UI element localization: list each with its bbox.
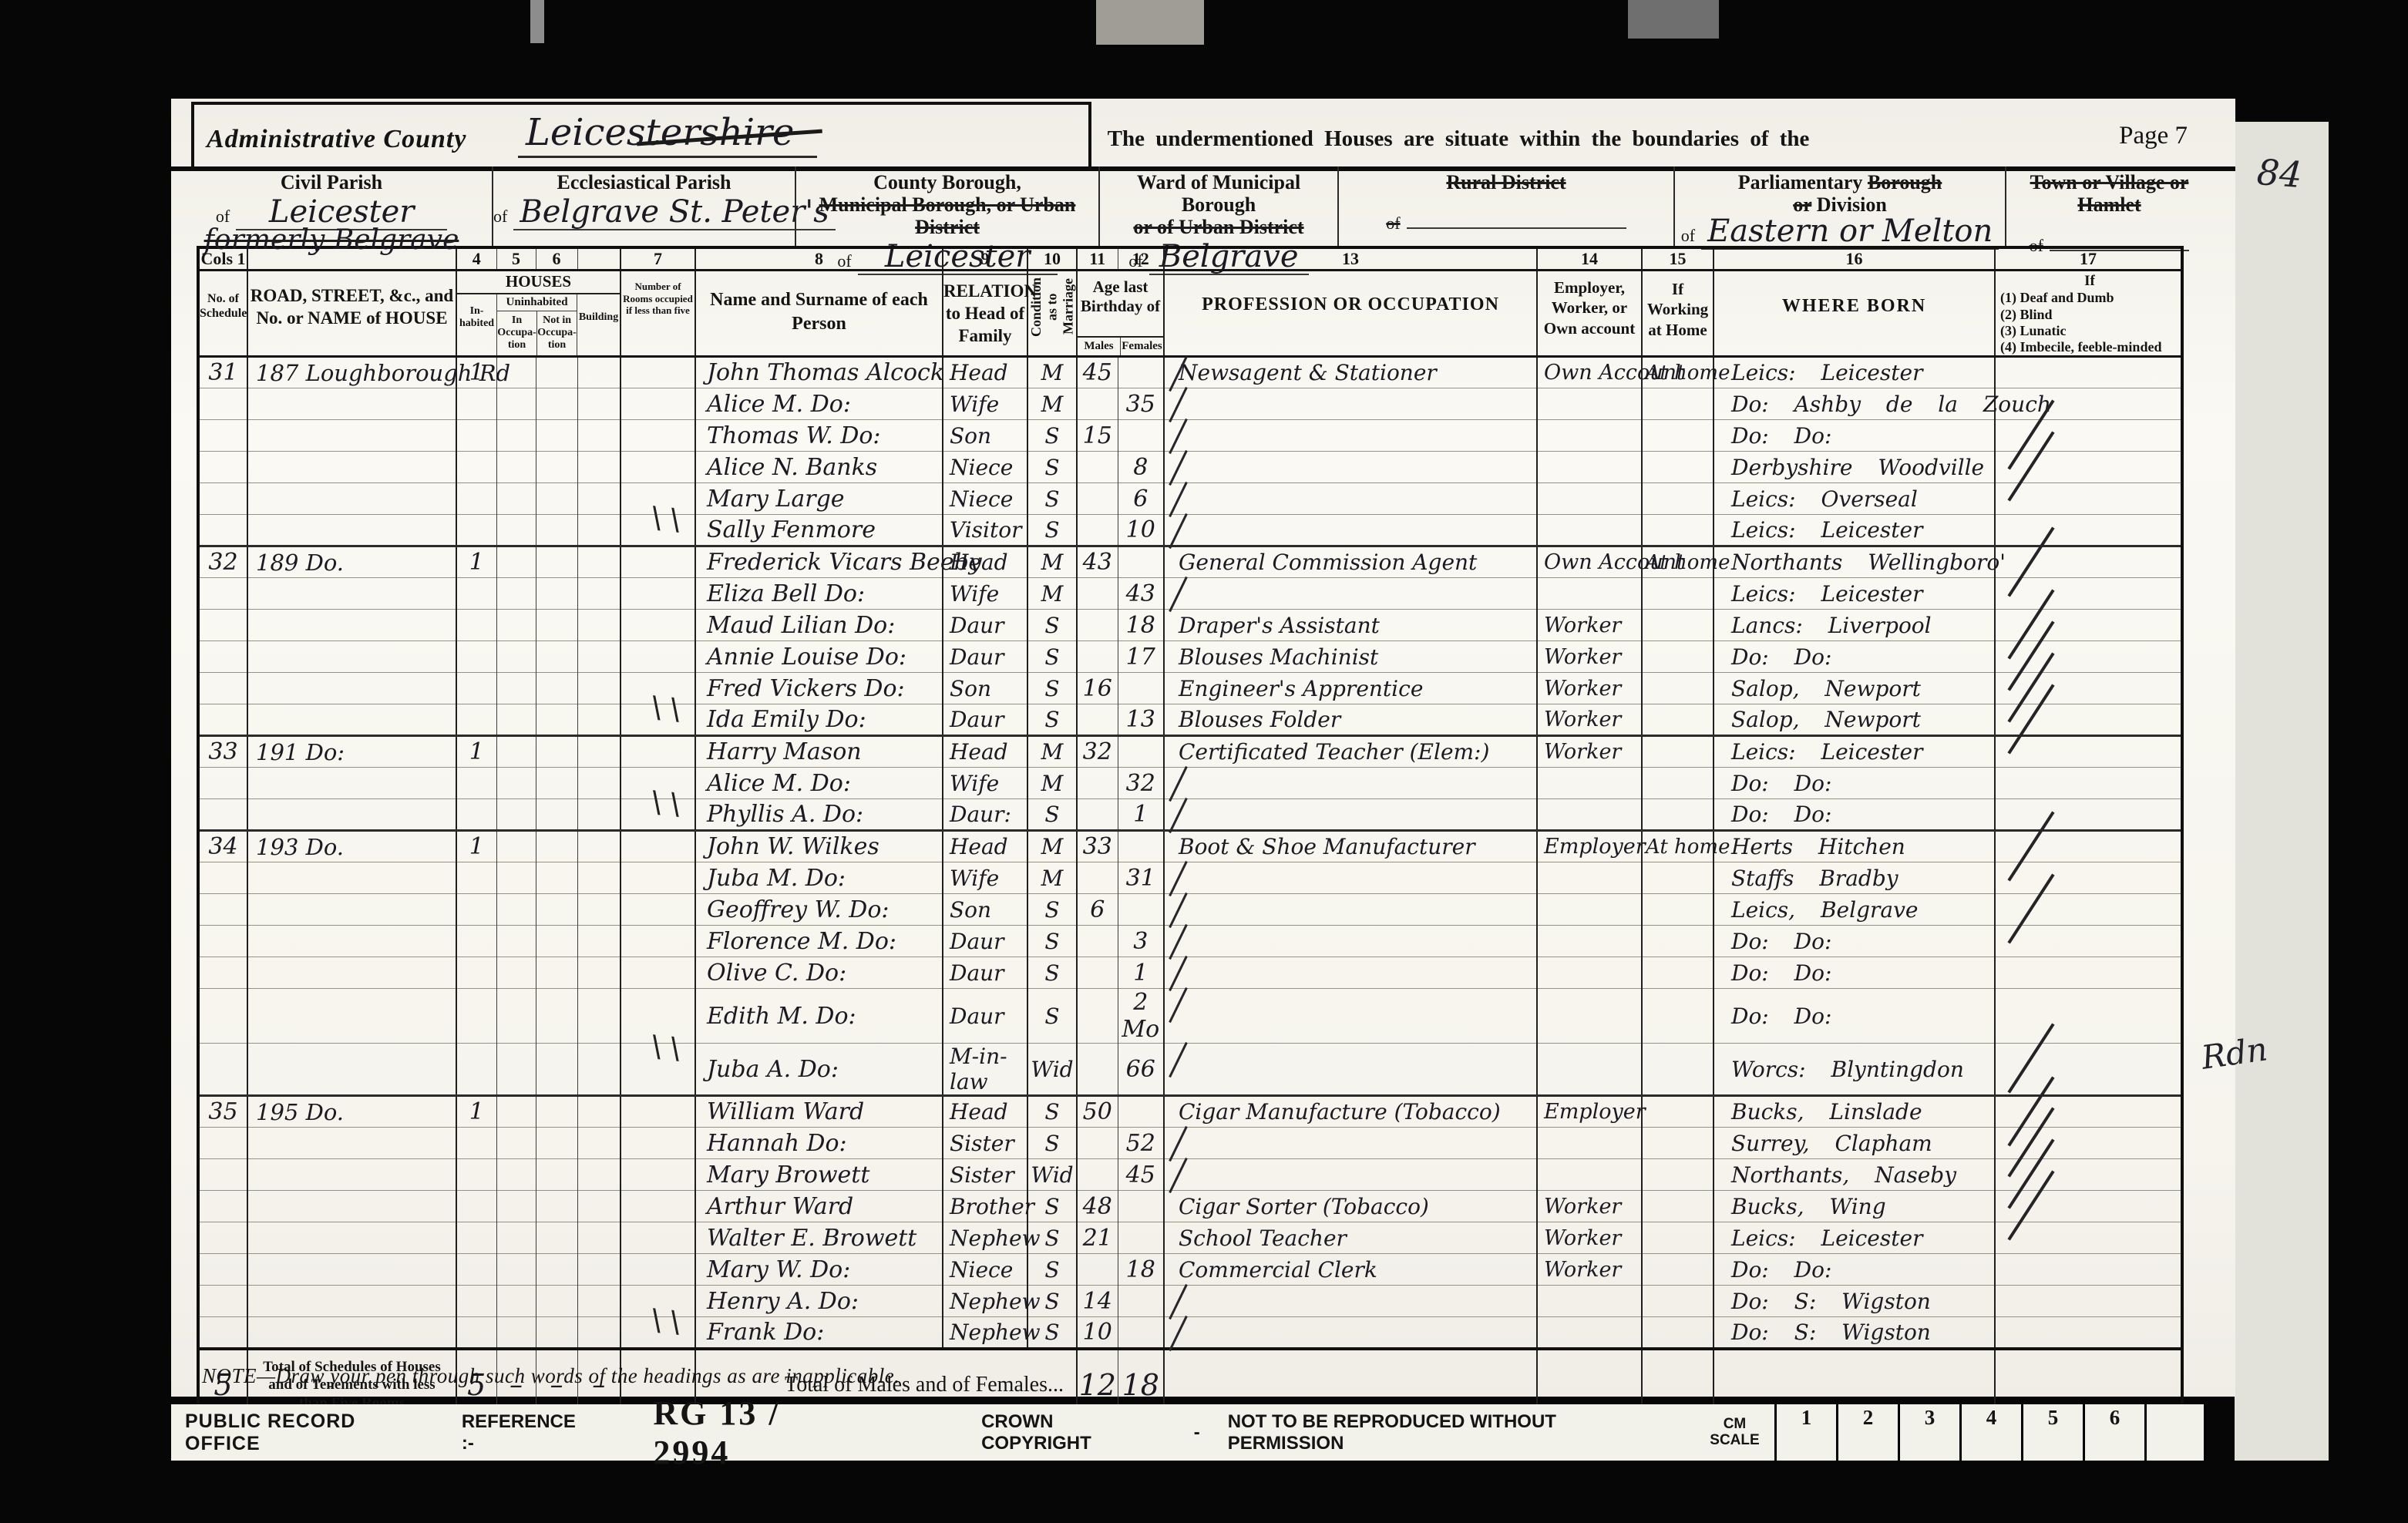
cell-where-born: Do: S: Wigston: [1714, 1317, 1995, 1349]
cell-inhabited: [456, 610, 496, 641]
infirmity-item: (1) Deaf and Dumb: [2000, 290, 2179, 306]
cell-age-female: 45: [1118, 1159, 1164, 1191]
cell-infirmity: [1995, 515, 2182, 546]
ruler-cell: 2: [1836, 1404, 1898, 1461]
cell-name: Fred Vickers Do:: [695, 673, 943, 704]
cell-relation: Wife: [943, 862, 1027, 894]
cell-uninhabited-in-occupation: [496, 1044, 536, 1096]
cell-where-born: Do: Do:: [1714, 926, 1995, 957]
cell-age-male: [1077, 483, 1118, 515]
cell-address: 195 Do.: [247, 1096, 456, 1128]
cell-employer: Own Account: [1537, 546, 1642, 578]
cell-working-at-home: [1642, 1159, 1714, 1191]
cell-uninhabited-in-occupation: [496, 1222, 536, 1254]
cell-age-female: 18: [1118, 610, 1164, 641]
cell-profession: Cigar Manufacture (Tobacco): [1164, 1096, 1537, 1128]
cell-where-born: Do: S: Wigston: [1714, 1286, 1995, 1317]
cell-inhabited: [456, 673, 496, 704]
cell-name: Mary Browett: [695, 1159, 943, 1191]
cell-building: [577, 641, 620, 673]
cell-condition: S: [1027, 704, 1077, 736]
cell-building: [577, 989, 620, 1044]
admin-county-label: Administrative County: [207, 125, 466, 154]
handwritten-page-annotation: 84: [2255, 151, 2303, 196]
cell-name: Frederick Vicars Beeby: [695, 546, 943, 578]
cell-name: Edith M. Do:: [695, 989, 943, 1044]
cell-name: Arthur Ward: [695, 1191, 943, 1222]
cell-age-male: [1077, 957, 1118, 989]
cell-working-at-home: [1642, 894, 1714, 926]
cell-schedule-no: [198, 578, 247, 610]
cell-name: Florence M. Do:: [695, 926, 943, 957]
cell-uninhabited-not-occupation: [536, 1191, 577, 1222]
cell-uninhabited-in-occupation: [496, 768, 536, 799]
cell-condition: S: [1027, 894, 1077, 926]
cell-inhabited: 1: [456, 831, 496, 862]
footer-notice: NOT TO BE REPRODUCED WITHOUT PERMISSION: [1228, 1411, 1672, 1454]
cell-where-born: Leics, Belgrave: [1714, 894, 1995, 926]
cell-age-male: [1077, 1254, 1118, 1286]
cell-address: [247, 1286, 456, 1317]
cell-where-born: Leics: Overseal: [1714, 483, 1995, 515]
district-label: Parliamentary: [1738, 171, 1863, 193]
census-rows: 31 187 Loughborough Rd 1 John Thomas Alc…: [198, 357, 2182, 1349]
cell-schedule-no: 35: [198, 1096, 247, 1128]
cell-rooms: [620, 736, 695, 768]
colnum-17: 17: [1995, 247, 2182, 271]
cell-building: [577, 1191, 620, 1222]
cell-infirmity: [1995, 1222, 2182, 1254]
cell-inhabited: [456, 388, 496, 420]
cell-condition: S: [1027, 989, 1077, 1044]
cell-uninhabited-not-occupation: [536, 483, 577, 515]
cell-uninhabited-not-occupation: [536, 388, 577, 420]
cell-where-born: Do: Do:: [1714, 768, 1995, 799]
cell-condition: S: [1027, 1096, 1077, 1128]
cell-building: [577, 926, 620, 957]
cell-uninhabited-in-occupation: [496, 388, 536, 420]
cell-condition: S: [1027, 610, 1077, 641]
cell-profession: Newsagent & Stationer: [1164, 357, 1537, 388]
district-label-struck: Borough: [1868, 171, 1942, 193]
district-value: [1407, 226, 1626, 229]
cell-uninhabited-in-occupation: [496, 641, 536, 673]
cell-uninhabited-not-occupation: [536, 1286, 577, 1317]
cell-rooms: [620, 578, 695, 610]
header-profession: PROFESSION OR OCCUPATION: [1165, 271, 1536, 315]
cell-employer: Own Account: [1537, 357, 1642, 388]
cell-working-at-home: [1642, 1191, 1714, 1222]
cell-profession: Draper's Assistant: [1164, 610, 1537, 641]
cell-uninhabited-in-occupation: [496, 1254, 536, 1286]
colnum-building: [577, 247, 620, 271]
cell-age-male: [1077, 926, 1118, 957]
cell-working-at-home: [1642, 862, 1714, 894]
cell-infirmity: [1995, 673, 2182, 704]
cell-where-born: Do: Ashby de la Zouch: [1714, 388, 1995, 420]
cell-schedule-no: [198, 1159, 247, 1191]
cell-schedule-no: [198, 799, 247, 831]
cell-employer: [1537, 515, 1642, 546]
cell-where-born: Do: Do:: [1714, 1254, 1995, 1286]
header-females: Females: [1120, 338, 1163, 355]
cell-relation: Wife: [943, 768, 1027, 799]
cell-relation: Son: [943, 673, 1027, 704]
cell-building: [577, 610, 620, 641]
district-value: Eastern or Melton: [1701, 216, 1999, 250]
cell-working-at-home: [1642, 799, 1714, 831]
cell-condition: Wid: [1027, 1159, 1077, 1191]
admin-header-row: Administrative County Leicestershire The…: [171, 99, 2235, 171]
cell-name: Eliza Bell Do:: [695, 578, 943, 610]
cell-age-male: 50: [1077, 1096, 1118, 1128]
cell-condition: M: [1027, 768, 1077, 799]
header-males: Males: [1078, 338, 1120, 355]
cell-uninhabited-in-occupation: [496, 831, 536, 862]
cell-name: John W. Wilkes: [695, 831, 943, 862]
cell-rooms: [620, 1222, 695, 1254]
cell-age-female: [1118, 420, 1164, 452]
cell-profession: [1164, 768, 1537, 799]
cell-rooms: [620, 704, 695, 736]
cell-age-female: 43: [1118, 578, 1164, 610]
cell-address: 191 Do:: [247, 736, 456, 768]
cell-age-female: [1118, 357, 1164, 388]
cell-profession: School Teacher: [1164, 1222, 1537, 1254]
cell-name: John Thomas Alcock: [695, 357, 943, 388]
cell-employer: [1537, 799, 1642, 831]
cell-rooms: [620, 452, 695, 483]
cell-where-born: Do: Do:: [1714, 420, 1995, 452]
header-where-born: WHERE BORN: [1714, 271, 1994, 317]
cell-address: [247, 957, 456, 989]
cell-rooms: [620, 831, 695, 862]
cell-working-at-home: [1642, 1317, 1714, 1349]
cell-infirmity: [1995, 420, 2182, 452]
cell-working-at-home: [1642, 736, 1714, 768]
cell-rooms: [620, 641, 695, 673]
cell-rooms: [620, 610, 695, 641]
cell-building: [577, 546, 620, 578]
cell-age-male: 33: [1077, 831, 1118, 862]
cell-condition: S: [1027, 641, 1077, 673]
cell-name: Mary Large: [695, 483, 943, 515]
cell-uninhabited-not-occupation: [536, 957, 577, 989]
cell-employer: [1537, 483, 1642, 515]
cell-schedule-no: [198, 1286, 247, 1317]
cell-uninhabited-not-occupation: [536, 546, 577, 578]
cell-building: [577, 515, 620, 546]
cell-working-at-home: [1642, 1044, 1714, 1096]
cell-relation: Son: [943, 894, 1027, 926]
cell-where-born: Worcs: Blyntingdon: [1714, 1044, 1995, 1096]
table-row: Juba M. Do: Wife M 31 Staffs Bradby: [198, 862, 2182, 894]
cell-condition: S: [1027, 1128, 1077, 1159]
cell-age-male: 32: [1077, 736, 1118, 768]
cell-employer: [1537, 1128, 1642, 1159]
cell-schedule-no: [198, 926, 247, 957]
cell-employer: Employer: [1537, 1096, 1642, 1128]
cell-age-male: 15: [1077, 420, 1118, 452]
district-box-county-borough: County Borough, Municipal Borough, or Ur…: [795, 166, 1098, 246]
cell-uninhabited-in-occupation: [496, 1191, 536, 1222]
cell-inhabited: [456, 483, 496, 515]
cell-working-at-home: [1642, 926, 1714, 957]
infirmity-item: (4) Imbecile, feeble-minded: [2000, 339, 2179, 355]
cell-uninhabited-not-occupation: [536, 515, 577, 546]
district-value-struck: formerly Belgrave: [171, 224, 492, 256]
ruler-cell: 3: [1898, 1404, 1959, 1461]
cell-uninhabited-in-occupation: [496, 862, 536, 894]
cell-age-male: 43: [1077, 546, 1118, 578]
cell-working-at-home: [1642, 483, 1714, 515]
cell-uninhabited-in-occupation: [496, 515, 536, 546]
cell-uninhabited-in-occupation: [496, 578, 536, 610]
cell-where-born: Derbyshire Woodville: [1714, 452, 1995, 483]
cell-schedule-no: [198, 704, 247, 736]
cell-uninhabited-not-occupation: [536, 1096, 577, 1128]
cell-uninhabited-not-occupation: [536, 1128, 577, 1159]
table-row: 33 191 Do: 1 Harry Mason Head M 32 Certi…: [198, 736, 2182, 768]
cell-profession: Blouses Machinist: [1164, 641, 1537, 673]
header-name: Name and Surname of each Person: [696, 271, 942, 336]
cell-address: [247, 578, 456, 610]
cell-address: 193 Do.: [247, 831, 456, 862]
district-label-struck: Town or Village or Hamlet: [2006, 171, 2212, 216]
cell-age-female: 35: [1118, 388, 1164, 420]
cell-schedule-no: [198, 673, 247, 704]
cell-rooms: [620, 862, 695, 894]
cell-where-born: Leics: Leicester: [1714, 1222, 1995, 1254]
cell-building: [577, 704, 620, 736]
cell-infirmity: [1995, 483, 2182, 515]
cell-relation: Sister: [943, 1128, 1027, 1159]
cell-uninhabited-not-occupation: [536, 736, 577, 768]
cell-building: [577, 957, 620, 989]
cell-schedule-no: [198, 483, 247, 515]
cell-where-born: Salop, Newport: [1714, 704, 1995, 736]
cell-age-female: 3: [1118, 926, 1164, 957]
cell-where-born: Lancs: Liverpool: [1714, 610, 1995, 641]
district-box-parliamentary-division: Parliamentary Boroughor Division ofEaste…: [1673, 166, 2005, 246]
cell-age-female: 31: [1118, 862, 1164, 894]
district-header-row: Civil Parish ofLeicester formerly Belgra…: [171, 166, 2212, 246]
cell-name: Ida Emily Do:: [695, 704, 943, 736]
cell-relation: Visitor: [943, 515, 1027, 546]
district-label-struck: Rural District: [1339, 171, 1673, 193]
cell-rooms: [620, 1128, 695, 1159]
cell-condition: M: [1027, 831, 1077, 862]
cell-uninhabited-in-occupation: [496, 989, 536, 1044]
footer-cm-scale-label: CM SCALE: [1706, 1417, 1764, 1449]
cell-uninhabited-in-occupation: [496, 1317, 536, 1349]
cell-where-born: Leics: Leicester: [1714, 578, 1995, 610]
cell-age-male: [1077, 452, 1118, 483]
cell-age-male: [1077, 799, 1118, 831]
cell-employer: Worker: [1537, 673, 1642, 704]
cell-uninhabited-in-occupation: [496, 799, 536, 831]
cell-working-at-home: [1642, 704, 1714, 736]
cell-age-male: [1077, 768, 1118, 799]
header-houses: HOUSES: [457, 271, 620, 294]
cell-infirmity: [1995, 704, 2182, 736]
cell-uninhabited-not-occupation: [536, 673, 577, 704]
cell-employer: [1537, 388, 1642, 420]
cell-name: William Ward: [695, 1096, 943, 1128]
cell-relation: Head: [943, 546, 1027, 578]
cell-name: Phyllis A. Do:: [695, 799, 943, 831]
cell-schedule-no: [198, 1044, 247, 1096]
cell-age-female: 13: [1118, 704, 1164, 736]
cell-building: [577, 388, 620, 420]
cell-schedule-no: [198, 862, 247, 894]
colnum-8: 8: [695, 247, 943, 271]
cell-profession: [1164, 578, 1537, 610]
colnum-12: 12: [1118, 247, 1164, 271]
cell-infirmity: [1995, 1191, 2182, 1222]
cell-age-female: 2 Mo: [1118, 989, 1164, 1044]
cell-rooms: [620, 1317, 695, 1349]
cell-address: [247, 989, 456, 1044]
cell-condition: M: [1027, 357, 1077, 388]
cell-employer: Worker: [1537, 1222, 1642, 1254]
cell-address: [247, 768, 456, 799]
header-infirmity-if: If: [2000, 273, 2179, 290]
cell-condition: Wid: [1027, 1044, 1077, 1096]
colnum-13: 13: [1164, 247, 1537, 271]
cell-working-at-home: [1642, 1096, 1714, 1128]
cell-relation: Niece: [943, 483, 1027, 515]
cell-infirmity: [1995, 894, 2182, 926]
cell-relation: Daur: [943, 704, 1027, 736]
cell-profession: [1164, 483, 1537, 515]
cell-age-male: [1077, 1128, 1118, 1159]
cell-building: [577, 673, 620, 704]
cell-age-female: [1118, 546, 1164, 578]
cell-address: [247, 926, 456, 957]
cell-name: Harry Mason: [695, 736, 943, 768]
cell-age-female: [1118, 1222, 1164, 1254]
cell-uninhabited-in-occupation: [496, 1159, 536, 1191]
cell-building: [577, 420, 620, 452]
cell-age-male: 45: [1077, 357, 1118, 388]
cell-schedule-no: [198, 1128, 247, 1159]
cell-employer: Employer: [1537, 831, 1642, 862]
district-label: Ecclesiastical Parish: [493, 171, 795, 193]
cell-age-female: 8: [1118, 452, 1164, 483]
cell-schedule-no: [198, 610, 247, 641]
table-row: Olive C. Do: Daur S 1 Do: Do:: [198, 957, 2182, 989]
table-row: Maud Lilian Do: Daur S 18 Draper's Assis…: [198, 610, 2182, 641]
cell-profession: [1164, 515, 1537, 546]
cell-profession: Cigar Sorter (Tobacco): [1164, 1191, 1537, 1222]
of-prefix: of: [1386, 213, 1400, 233]
cell-building: [577, 1096, 620, 1128]
cell-relation: Daur: [943, 989, 1027, 1044]
cell-relation: Niece: [943, 452, 1027, 483]
cell-relation: Head: [943, 831, 1027, 862]
cell-uninhabited-in-occupation: [496, 1128, 536, 1159]
cell-age-female: [1118, 1096, 1164, 1128]
cell-employer: [1537, 768, 1642, 799]
cell-schedule-no: [198, 452, 247, 483]
cell-schedule-no: [198, 420, 247, 452]
header-condition: Condition as to Marriage: [1028, 273, 1076, 341]
cell-infirmity: [1995, 1128, 2182, 1159]
cell-age-female: [1118, 1191, 1164, 1222]
cell-uninhabited-in-occupation: [496, 483, 536, 515]
cell-where-born: Do: Do:: [1714, 641, 1995, 673]
cell-uninhabited-not-occupation: [536, 831, 577, 862]
cell-employer: [1537, 452, 1642, 483]
cell-profession: General Commission Agent: [1164, 546, 1537, 578]
district-box-ward: Ward of Municipal Borough or of Urban Di…: [1098, 166, 1337, 246]
cell-where-born: Leics: Leicester: [1714, 515, 1995, 546]
cell-age-female: 52: [1118, 1128, 1164, 1159]
cell-infirmity: [1995, 578, 2182, 610]
table-row: Fred Vickers Do: Son S 16 Engineer's App…: [198, 673, 2182, 704]
district-box-town-village-hamlet: Town or Village or Hamlet of: [2005, 166, 2212, 246]
colnum-10: 10: [1027, 247, 1077, 271]
cell-name: Maud Lilian Do:: [695, 610, 943, 641]
cell-address: 187 Loughborough Rd: [247, 357, 456, 388]
cell-address: [247, 1159, 456, 1191]
colnum-7: 7: [620, 247, 695, 271]
district-box-civil-parish: Civil Parish ofLeicester formerly Belgra…: [171, 166, 492, 246]
cell-where-born: Leics: Leicester: [1714, 736, 1995, 768]
cell-profession: Commercial Clerk: [1164, 1254, 1537, 1286]
cell-age-male: [1077, 989, 1118, 1044]
cell-profession: [1164, 1128, 1537, 1159]
cell-infirmity: [1995, 957, 2182, 989]
cell-building: [577, 1254, 620, 1286]
cell-name: Annie Louise Do:: [695, 641, 943, 673]
cell-where-born: Bucks, Linslade: [1714, 1096, 1995, 1128]
cell-address: [247, 1044, 456, 1096]
cell-profession: [1164, 989, 1537, 1044]
cell-employer: [1537, 1044, 1642, 1096]
cell-name: Frank Do:: [695, 1317, 943, 1349]
cell-uninhabited-not-occupation: [536, 578, 577, 610]
table-row: Geoffrey W. Do: Son S 6 Leics, Belgrave: [198, 894, 2182, 926]
cell-building: [577, 736, 620, 768]
table-row: Alice M. Do: Wife M 32 Do: Do:: [198, 768, 2182, 799]
cell-building: [577, 1317, 620, 1349]
cell-age-male: 21: [1077, 1222, 1118, 1254]
table-row: Eliza Bell Do: Wife M 43 Leics: Leiceste…: [198, 578, 2182, 610]
cell-condition: S: [1027, 1254, 1077, 1286]
cell-building: [577, 1222, 620, 1254]
colnum-5: 5: [496, 247, 536, 271]
cell-inhabited: [456, 957, 496, 989]
cell-inhabited: 1: [456, 546, 496, 578]
cell-employer: [1537, 1317, 1642, 1349]
cell-schedule-no: [198, 894, 247, 926]
cell-uninhabited-not-occupation: [536, 1254, 577, 1286]
header-rooms: Number of Rooms occupied if less than fi…: [621, 271, 694, 317]
pro-reference-bar: PUBLIC RECORD OFFICE REFERENCE :- RG 13 …: [171, 1404, 2206, 1461]
cell-age-male: 10: [1077, 1317, 1118, 1349]
cell-name: Thomas W. Do:: [695, 420, 943, 452]
cell-building: [577, 578, 620, 610]
cell-uninhabited-in-occupation: [496, 1286, 536, 1317]
cell-uninhabited-in-occupation: [496, 1096, 536, 1128]
table-row: Edith M. Do: Daur S 2 Mo Do: Do:: [198, 989, 2182, 1044]
table-row: Mary W. Do: Niece S 18 Commercial Clerk …: [198, 1254, 2182, 1286]
cell-relation: Niece: [943, 1254, 1027, 1286]
cell-working-at-home: [1642, 989, 1714, 1044]
cell-infirmity: [1995, 610, 2182, 641]
